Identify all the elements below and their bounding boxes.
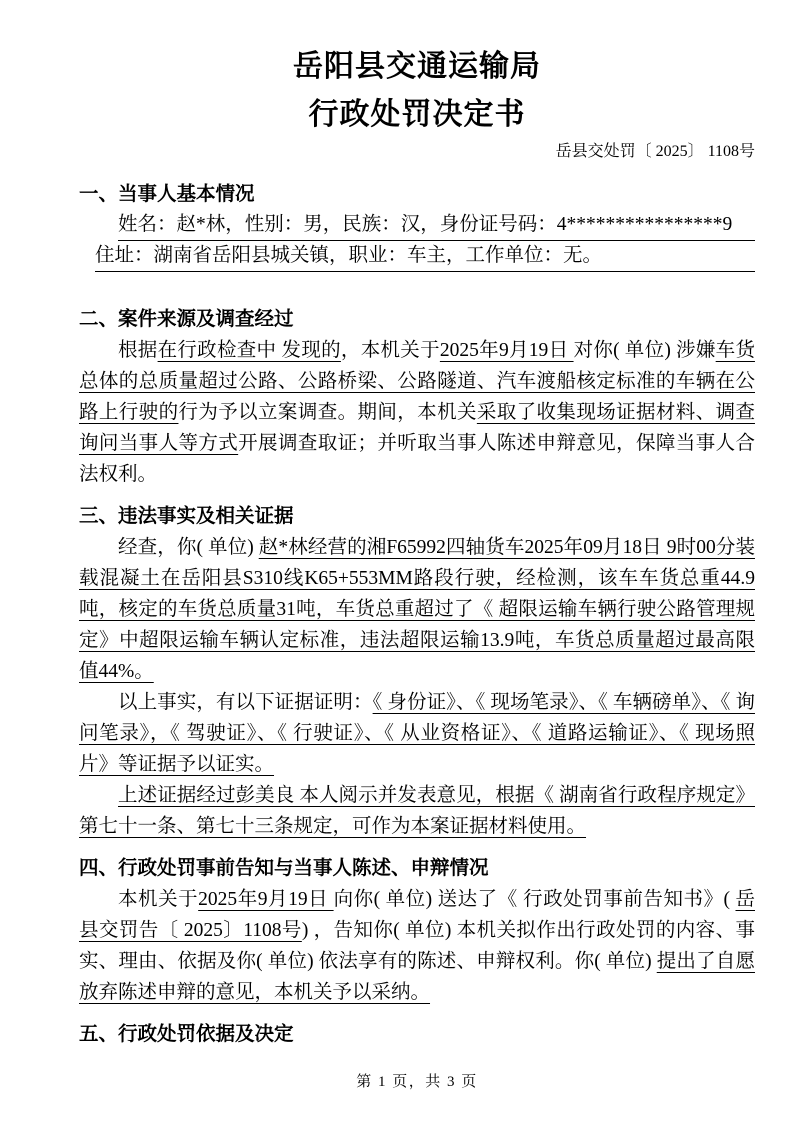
underlined-text: 在行政检查中 发现的 [158,340,341,361]
paragraph-1: 根据在行政检查中 发现的，本机关于2025年9月19日 对你( 单位) 涉嫌车货… [79,335,755,490]
text-segment: 以上事实，有以下证据证明： [118,692,373,713]
text-segment: 行为予以立案调查。期间，本机关 [178,402,476,423]
text-segment: 经查，你( 单位) [118,537,259,558]
text-segment: 对你( 单位) 涉嫌 [574,340,716,361]
paragraph-5: 本机关于2025年9月19日 向你( 单位) 送达了《 行政处罚事前告知书》( … [79,884,755,1008]
form-line-2: 住址：湖南省岳阳县城关镇，职业：车主，工作单位：无。 [95,241,755,272]
underlined-text: 2025年9月19日 [198,889,333,910]
section-heading-3: 三、违法事实及相关证据 [79,501,755,532]
section-heading-4: 四、行政处罚事前告知与当事人陈述、申辩情况 [79,853,755,884]
document-content: 岳阳县交通运输局 行政处罚决定书 岳县交处罚〔 2025〕 1108号 一、当事… [79,0,755,1050]
underlined-text: 2025年9月19日 [440,340,574,361]
text-segment: 向你( 单位) 送达了《 行政处罚事前告知书》( [334,889,736,910]
text-segment: 本机关于 [118,889,198,910]
section-heading-5: 五、行政处罚依据及决定 [79,1019,755,1050]
document-type-title: 行政处罚决定书 [79,91,755,139]
document-number: 岳县交处罚〔 2025〕 1108号 [79,141,755,163]
text-segment: ，本机关于 [341,340,440,361]
underlined-text: 赵*林经营的湘F65992四轴货车2025年09月18日 9时00分装载混凝土在… [79,537,755,682]
section-heading-1: 一、当事人基本情况 [79,179,755,210]
section-heading-2: 二、案件来源及调查经过 [79,304,755,335]
text-segment: 根据 [118,340,158,361]
paragraph-2: 经查，你( 单位) 赵*林经营的湘F65992四轴货车2025年09月18日 9… [79,532,755,687]
text-segment: 住址：湖南省岳阳县城关镇，职业：车主，工作单位：无。 [95,245,602,266]
paragraph-3: 以上事实，有以下证据证明：《 身份证》、《 现场笔录》、《 车辆磅单》、《 询问… [79,687,755,780]
issuing-authority-title: 岳阳县交通运输局 [79,43,755,91]
document-body: 一、当事人基本情况姓名：赵*林，性别：男，民族：汉，身份证号码：4*******… [79,179,755,1050]
page-number: 第 1 页，共 3 页 [356,1074,478,1090]
paragraph-4: 上述证据经过彭美良 本人阅示并发表意见，根据《 湖南省行政程序规定》第七十一条、… [79,780,755,842]
form-line-1: 姓名：赵*林，性别：男，民族：汉，身份证号码：4****************… [118,210,755,241]
page-footer: 第 1 页，共 3 页 [79,1070,755,1091]
underlined-text: 上述证据经过彭美良 本人阅示并发表意见，根据《 湖南省行政程序规定》第七十一条、… [79,785,755,837]
text-segment: 姓名：赵*林，性别：男，民族：汉，身份证号码：4****************… [118,214,732,235]
document-page: 岳阳县交通运输局 行政处罚决定书 岳县交处罚〔 2025〕 1108号 一、当事… [0,0,793,1122]
